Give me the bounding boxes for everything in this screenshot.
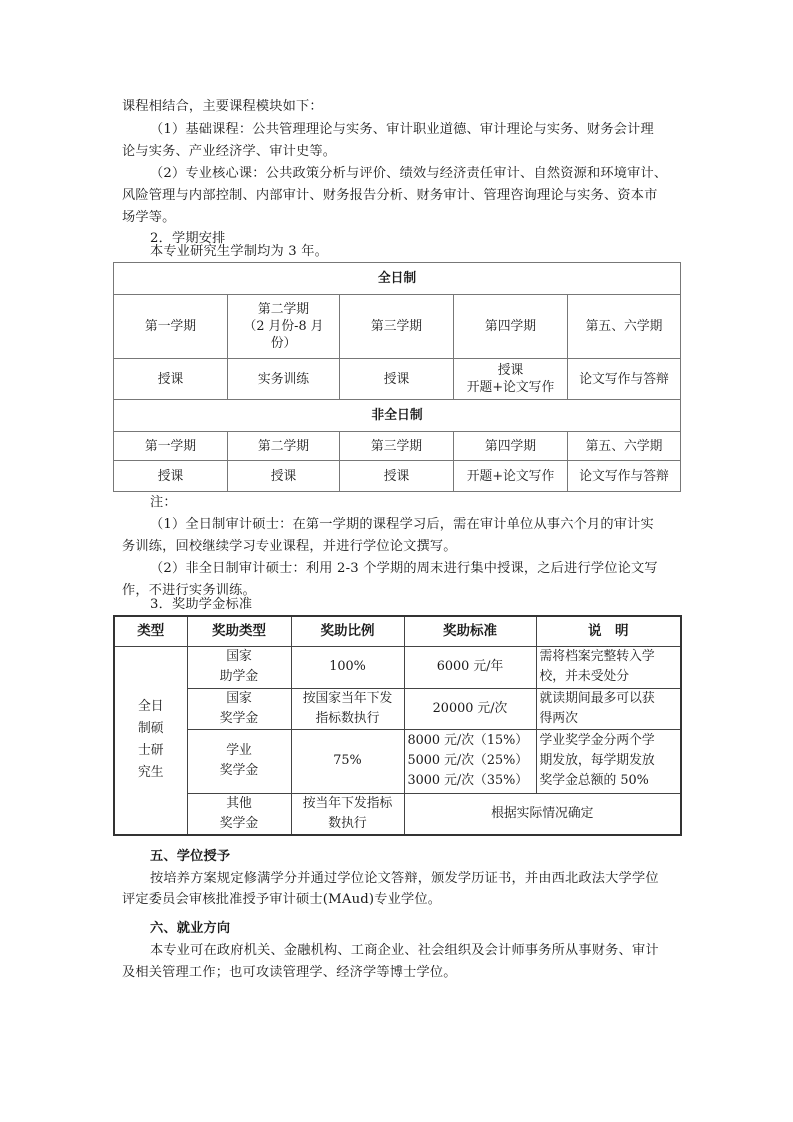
part-time-activity-1: 授课 (114, 461, 228, 492)
degree-award-line1: 按培养方案规定修满学分并通过学位论文答辩，颁发学历证书，并由西北政法大学学位 (150, 870, 710, 888)
document-page: 课程相结合，主要课程模块如下： （1）基础课程：公共管理理论与实务、审计职业道德… (0, 0, 793, 1122)
full-time-semester-4: 第四学期 (454, 295, 568, 359)
part-time-semester-4: 第四学期 (454, 432, 568, 461)
award-standard: 6000 元/年 (404, 646, 536, 688)
award-type: 国家 助学金 (187, 646, 291, 688)
notes-label: 注： (150, 494, 710, 512)
header-award-ratio: 奖助比例 (291, 616, 404, 646)
part-time-activity-row: 授课 授课 授课 开题+论文写作 论文写作与答辩 (114, 461, 681, 492)
full-time-semester-header-row: 第一学期 第二学期 （2 月份-8 月 份） 第三学期 第四学期 第五、六学期 (114, 295, 681, 359)
note-2-line1: （2）非全日制审计硕士：利用 2-3 个学期的周末进行集中授课，之后进行学位论文… (150, 560, 710, 578)
paragraph-program-length: 本专业研究生学制均为 3 年。 (150, 243, 710, 261)
scholarship-table: 类型 奖助类型 奖助比例 奖助标准 说 明 全日 制硕 士研 究生 国家 助学金… (113, 615, 682, 836)
award-note: 学业奖学金分两个学 期发放，每学期发放 奖学金总额的 50% (536, 729, 681, 793)
award-ratio: 75% (291, 729, 404, 793)
award-standard: 8000 元/次（15%） 5000 元/次（25%） 3000 元/次（35%… (404, 729, 536, 793)
paragraph-core-courses-line2: 风险管理与内部控制、内部审计、财务报告分析、财务审计、管理咨询理论与实务、资本市 (122, 187, 682, 205)
award-type: 其他 奖学金 (187, 793, 291, 835)
full-time-activity-2: 实务训练 (228, 359, 340, 400)
paragraph-basic-courses-line2: 论与实务、产业经济学、审计史等。 (122, 143, 682, 161)
note-1-line1: （1）全日制审计硕士：在第一学期的课程学习后，需在审计单位从事六个月的审计实 (150, 516, 710, 534)
degree-award-line2: 评定委员会审核批准授予审计硕士(MAud)专业学位。 (122, 891, 682, 909)
header-award-standard: 奖助标准 (404, 616, 536, 646)
header-description: 说 明 (536, 616, 681, 646)
award-merged-note: 根据实际情况确定 (404, 793, 681, 835)
paragraph-course-intro: 课程相结合，主要课程模块如下： (122, 98, 682, 116)
employment-line1: 本专业可在政府机关、金融机构、工商企业、社会组织及会计师事务所从事财务、审计 (150, 942, 710, 960)
paragraph-core-courses-line1: （2）专业核心课：公共政策分析与评价、绩效与经济责任审计、自然资源和环境审计、 (150, 165, 710, 183)
full-time-semester-3: 第三学期 (340, 295, 454, 359)
scholarship-row-other-scholarship: 其他 奖学金 按当年下发指标 数执行 根据实际情况确定 (114, 793, 681, 835)
note-1-line2: 务训练，回校继续学习专业课程，并进行学位论文撰写。 (122, 538, 682, 556)
part-time-activity-3: 授课 (340, 461, 454, 492)
part-time-semester-1: 第一学期 (114, 432, 228, 461)
full-time-semester-2: 第二学期 （2 月份-8 月 份） (228, 295, 340, 359)
award-note: 就读期间最多可以获 得两次 (536, 688, 681, 729)
part-time-semester-5-6: 第五、六学期 (568, 432, 681, 461)
part-time-activity-2: 授课 (228, 461, 340, 492)
award-type: 国家 奖学金 (187, 688, 291, 729)
full-time-activity-4: 授课 开题+论文写作 (454, 359, 568, 400)
part-time-activity-5-6: 论文写作与答辩 (568, 461, 681, 492)
scholarship-row-national-scholarship: 国家 奖学金 按国家当年下发 指标数执行 20000 元/次 就读期间最多可以获… (114, 688, 681, 729)
full-time-activity-5-6: 论文写作与答辩 (568, 359, 681, 400)
paragraph-core-courses-line3: 场学等。 (122, 209, 682, 227)
part-time-semester-2: 第二学期 (228, 432, 340, 461)
part-time-semester-header-row: 第一学期 第二学期 第三学期 第四学期 第五、六学期 (114, 432, 681, 461)
full-time-semester-5-6: 第五、六学期 (568, 295, 681, 359)
full-time-semester-1: 第一学期 (114, 295, 228, 359)
section-heading-degree-award: 五、学位授予 (150, 848, 710, 866)
category-full-time-master: 全日 制硕 士研 究生 (114, 646, 187, 835)
award-ratio: 按当年下发指标 数执行 (291, 793, 404, 835)
section-heading-employment: 六、就业方向 (150, 920, 710, 938)
award-note: 需将档案完整转入学 校，并未受处分 (536, 646, 681, 688)
scholarship-row-academic-scholarship: 学业 奖学金 75% 8000 元/次（15%） 5000 元/次（25%） 3… (114, 729, 681, 793)
paragraph-basic-courses-line1: （1）基础课程：公共管理理论与实务、审计职业道德、审计理论与实务、财务会计理 (150, 121, 710, 139)
employment-line2: 及相关管理工作；也可攻读管理学、经济学等博士学位。 (122, 964, 682, 982)
part-time-semester-3: 第三学期 (340, 432, 454, 461)
full-time-activity-row: 授课 实务训练 授课 授课 开题+论文写作 论文写作与答辩 (114, 359, 681, 400)
award-ratio: 按国家当年下发 指标数执行 (291, 688, 404, 729)
scholarship-header-row: 类型 奖助类型 奖助比例 奖助标准 说 明 (114, 616, 681, 646)
section-heading-scholarship: 3．奖助学金标准 (150, 596, 710, 614)
award-standard: 20000 元/次 (404, 688, 536, 729)
header-award-type: 奖助类型 (187, 616, 291, 646)
award-ratio: 100% (291, 646, 404, 688)
part-time-activity-4: 开题+论文写作 (454, 461, 568, 492)
full-time-activity-1: 授课 (114, 359, 228, 400)
semester-schedule-table: 全日制 第一学期 第二学期 （2 月份-8 月 份） 第三学期 第四学期 第五、… (113, 262, 681, 492)
header-category: 类型 (114, 616, 187, 646)
full-time-activity-3: 授课 (340, 359, 454, 400)
full-time-section-title: 全日制 (114, 263, 681, 295)
scholarship-row-national-grant: 全日 制硕 士研 究生 国家 助学金 100% 6000 元/年 需将档案完整转… (114, 646, 681, 688)
part-time-section-title: 非全日制 (114, 400, 681, 432)
award-type: 学业 奖学金 (187, 729, 291, 793)
